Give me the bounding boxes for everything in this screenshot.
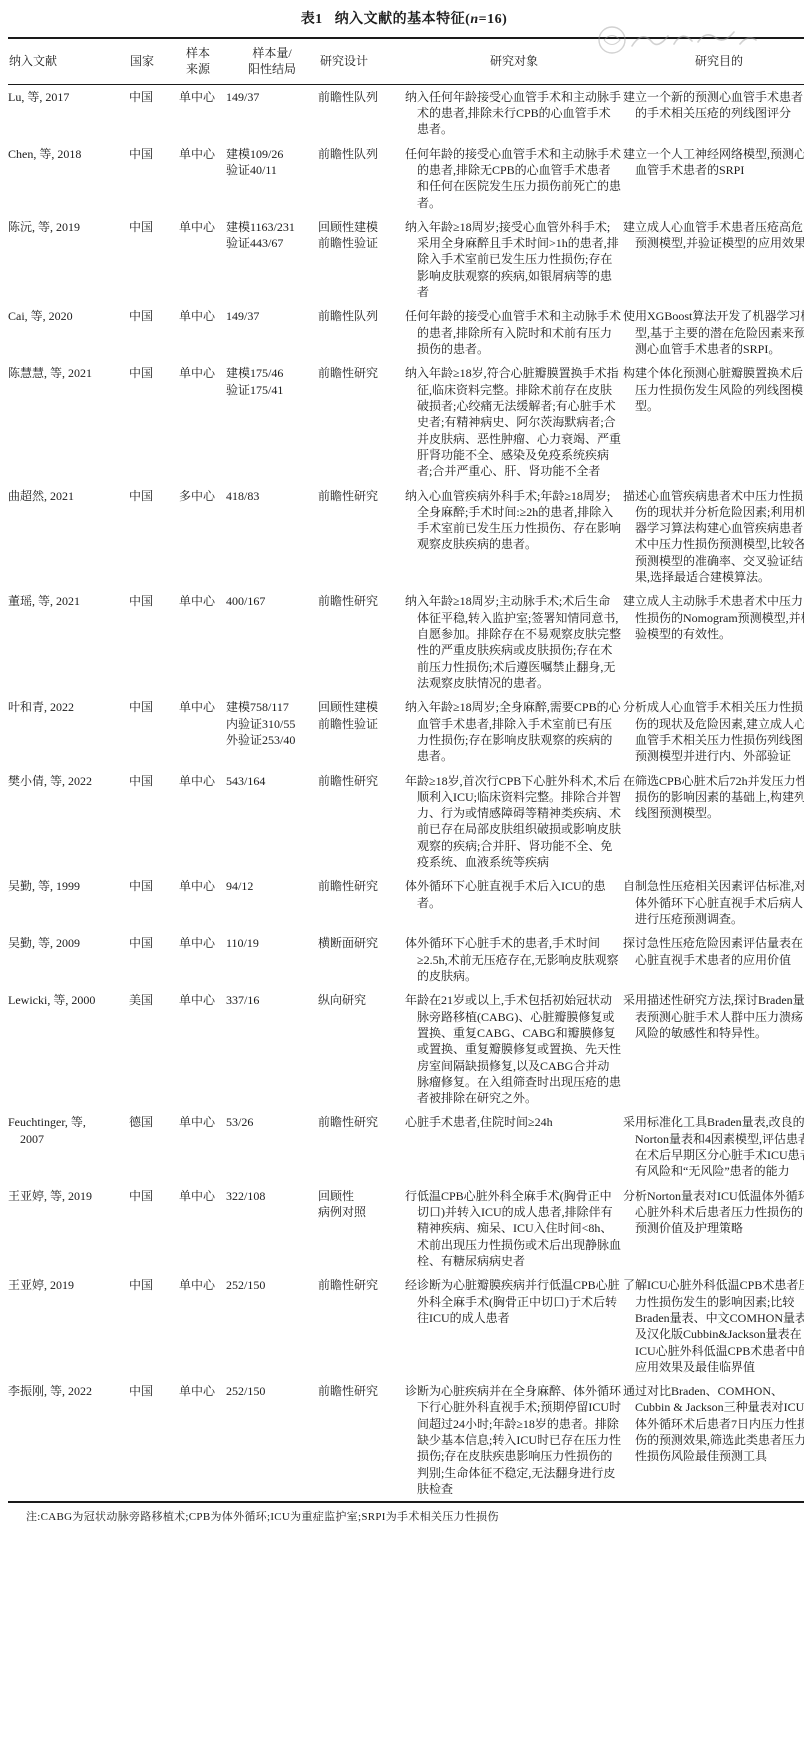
cell-sample-size: 252/150	[226, 1273, 318, 1379]
cell-study-design: 纵向研究	[318, 988, 405, 1110]
cell-study-purpose: 通过对比Braden、COMHON、Cubbin & Jackson三种量表对I…	[623, 1379, 804, 1502]
header-row: 纳入文献国家样本 来源样本量/ 阳性结局研究设计研究对象研究目的	[8, 38, 804, 84]
cell-study-design: 前瞻性研究	[318, 589, 405, 695]
table-row: 吴勤, 等, 2009中国单中心110/19横断面研究体外循环下心脏手术的患者,…	[8, 931, 804, 988]
cell-country: 中国	[114, 304, 170, 361]
cell-country: 中国	[114, 695, 170, 768]
cell-source: 多中心	[170, 484, 226, 590]
cell-source: 单中心	[170, 142, 226, 215]
cell-country: 中国	[114, 215, 170, 305]
cell-study-subjects: 年龄在21岁或以上,手术包括初始冠状动脉旁路移植(CABG)、心脏瓣膜修复或置换…	[405, 988, 623, 1110]
cell-country: 中国	[114, 589, 170, 695]
cell-study-design: 回顾性 病例对照	[318, 1184, 405, 1274]
cell-source: 单中心	[170, 361, 226, 483]
cell-study-purpose: 在筛选CPB心脏术后72h并发压力性损伤的影响因素的基础上,构建列线图预测模型。	[623, 769, 804, 875]
cell-country: 中国	[114, 142, 170, 215]
cell-study-subjects: 纳入年龄≥18周岁;全身麻醉,需要CPB的心血管手术患者,排除入手术室前已有压力…	[405, 695, 623, 768]
table-row: 陈慧慧, 等, 2021中国单中心建模175/46 验证175/41前瞻性研究纳…	[8, 361, 804, 483]
cell-source: 单中心	[170, 1379, 226, 1502]
paper-table-page: 表1纳入文献的基本特征(n=16) 纳入文献国家样本 来源样本量/ 阳性结局研究…	[0, 0, 804, 1752]
column-header-sample: 样本量/ 阳性结局	[226, 38, 318, 84]
table-row: 董瑶, 等, 2021中国单中心400/167前瞻性研究纳入年龄≥18周岁;主动…	[8, 589, 804, 695]
cell-country: 中国	[114, 361, 170, 483]
cell-study-subjects: 年龄≥18岁,首次行CPB下心脏外科术,术后顺利入ICU;临床资料完整。排除合并…	[405, 769, 623, 875]
cell-literature: 吴勤, 等, 1999	[8, 874, 114, 931]
cell-literature: 曲超然, 2021	[8, 484, 114, 590]
cell-literature: 樊小倩, 等, 2022	[8, 769, 114, 875]
table-row: 曲超然, 2021中国多中心418/83前瞻性研究纳入心血管疾病外科手术;年龄≥…	[8, 484, 804, 590]
cell-country: 中国	[114, 931, 170, 988]
cell-study-subjects: 纳入年龄≥18岁,符合心脏瓣膜置换手术指征,临床资料完整。排除术前存在皮肤破损者…	[405, 361, 623, 483]
cell-study-design: 前瞻性研究	[318, 1273, 405, 1379]
cell-sample-size: 建模175/46 验证175/41	[226, 361, 318, 483]
table-number: 表1	[301, 12, 323, 27]
column-header-source: 样本 来源	[170, 38, 226, 84]
cell-study-subjects: 体外循环下心脏手术的患者,手术时间≥2.5h,术前无压疮存在,无影响皮肤观察的皮…	[405, 931, 623, 988]
cell-literature: 王亚婷, 2019	[8, 1273, 114, 1379]
literature-characteristics-table: 纳入文献国家样本 来源样本量/ 阳性结局研究设计研究对象研究目的 Lu, 等, …	[8, 37, 804, 1503]
column-header-literature: 纳入文献	[8, 38, 114, 84]
table-title-text-pre: 纳入文献的基本特征(	[335, 12, 471, 27]
cell-study-subjects: 行低温CPB心脏外科全麻手术(胸骨正中切口)并转入ICU的成人患者,排除伴有精神…	[405, 1184, 623, 1274]
table-row: 李振刚, 等, 2022中国单中心252/150前瞻性研究诊断为心脏疾病并在全身…	[8, 1379, 804, 1502]
cell-country: 中国	[114, 1184, 170, 1274]
cell-study-design: 前瞻性队列	[318, 142, 405, 215]
cell-country: 德国	[114, 1110, 170, 1183]
cell-sample-size: 322/108	[226, 1184, 318, 1274]
cell-source: 单中心	[170, 695, 226, 768]
cell-literature: 董瑶, 等, 2021	[8, 589, 114, 695]
cell-study-design: 横断面研究	[318, 931, 405, 988]
table-footnote: 注:CABG为冠状动脉旁路移植术;CPB为体外循环;ICU为重症监护室;SRPI…	[8, 1508, 800, 1524]
cell-source: 单中心	[170, 589, 226, 695]
cell-study-design: 前瞻性研究	[318, 1110, 405, 1183]
table-row: Cai, 等, 2020中国单中心149/37前瞻性队列任何年龄的接受心血管手术…	[8, 304, 804, 361]
column-header-subjects: 研究对象	[405, 38, 623, 84]
table-row: 陈沅, 等, 2019中国单中心建模1163/231 验证443/67回顾性建模…	[8, 215, 804, 305]
cell-study-subjects: 经诊断为心脏瓣膜疾病并行低温CPB心脏外科全麻手术(胸骨正中切口)于术后转往IC…	[405, 1273, 623, 1379]
cell-country: 中国	[114, 84, 170, 141]
cell-study-design: 前瞻性研究	[318, 361, 405, 483]
cell-study-purpose: 建立成人心血管手术患者压疮高危预测模型,并验证模型的应用效果	[623, 215, 804, 305]
cell-literature: 吴勤, 等, 2009	[8, 931, 114, 988]
cell-source: 单中心	[170, 931, 226, 988]
cell-study-purpose: 构建个体化预测心脏瓣膜置换术后压力性损伤发生风险的列线图模型。	[623, 361, 804, 483]
cell-literature: Feuchtinger, 等, 2007	[8, 1110, 114, 1183]
column-header-country: 国家	[114, 38, 170, 84]
cell-study-design: 回顾性建模 前瞻性验证	[318, 215, 405, 305]
cell-source: 单中心	[170, 988, 226, 1110]
table-row: 叶和青, 2022中国单中心建模758/117 内验证310/55 外验证253…	[8, 695, 804, 768]
cell-sample-size: 149/37	[226, 304, 318, 361]
cell-study-purpose: 自制急性压疮相关因素评估标准,对体外循环下心脏直视手术后病人进行压疮预测调查。	[623, 874, 804, 931]
cell-sample-size: 53/26	[226, 1110, 318, 1183]
cell-literature: Lewicki, 等, 2000	[8, 988, 114, 1110]
cell-sample-size: 建模109/26 验证40/11	[226, 142, 318, 215]
cell-study-subjects: 纳入任何年龄接受心血管手术和主动脉手术的患者,排除未行CPB的心血管手术患者。	[405, 84, 623, 141]
table-row: Chen, 等, 2018中国单中心建模109/26 验证40/11前瞻性队列任…	[8, 142, 804, 215]
cell-study-subjects: 纳入年龄≥18周岁;接受心血管外科手术;采用全身麻醉且手术时间>1h的患者,排除…	[405, 215, 623, 305]
cell-sample-size: 400/167	[226, 589, 318, 695]
cell-country: 中国	[114, 1379, 170, 1502]
cell-study-design: 前瞻性队列	[318, 304, 405, 361]
cell-study-purpose: 建立一个新的预测心血管手术患者的手术相关压疮的列线图评分	[623, 84, 804, 141]
table-header: 纳入文献国家样本 来源样本量/ 阳性结局研究设计研究对象研究目的	[8, 38, 804, 84]
cell-study-purpose: 采用描述性研究方法,探讨Braden量表预测心脏手术人群中压力溃疡风险的敏感性和…	[623, 988, 804, 1110]
cell-sample-size: 543/164	[226, 769, 318, 875]
cell-sample-size: 94/12	[226, 874, 318, 931]
cell-sample-size: 建模758/117 内验证310/55 外验证253/40	[226, 695, 318, 768]
cell-source: 单中心	[170, 84, 226, 141]
cell-study-purpose: 建立一个人工神经网络模型,预测心血管手术患者的SRPI	[623, 142, 804, 215]
cell-study-purpose: 建立成人主动脉手术患者术中压力性损伤的Nomogram预测模型,并检验模型的有效…	[623, 589, 804, 695]
table-title-text-post: =16)	[479, 12, 508, 27]
cell-literature: 叶和青, 2022	[8, 695, 114, 768]
cell-study-design: 前瞻性队列	[318, 84, 405, 141]
cell-study-design: 前瞻性研究	[318, 769, 405, 875]
cell-country: 中国	[114, 484, 170, 590]
cell-source: 单中心	[170, 874, 226, 931]
cell-sample-size: 149/37	[226, 84, 318, 141]
column-header-design: 研究设计	[318, 38, 405, 84]
cell-study-subjects: 诊断为心脏疾病并在全身麻醉、体外循环下行心脏外科直视手术;预期停留ICU时间超过…	[405, 1379, 623, 1502]
cell-study-subjects: 体外循环下心脏直视手术后入ICU的患者。	[405, 874, 623, 931]
table-title-n: n	[470, 12, 478, 27]
table-title: 表1纳入文献的基本特征(n=16)	[8, 8, 800, 28]
table-row: 樊小倩, 等, 2022中国单中心543/164前瞻性研究年龄≥18岁,首次行C…	[8, 769, 804, 875]
cell-sample-size: 110/19	[226, 931, 318, 988]
cell-study-subjects: 任何年龄的接受心血管手术和主动脉手术的患者,排除所有入院时和术前有压力损伤的患者…	[405, 304, 623, 361]
cell-study-purpose: 采用标准化工具Braden量表,改良的Norton量表和4因素模型,评估患者在术…	[623, 1110, 804, 1183]
cell-country: 美国	[114, 988, 170, 1110]
cell-country: 中国	[114, 874, 170, 931]
cell-source: 单中心	[170, 215, 226, 305]
cell-study-design: 回顾性建模 前瞻性验证	[318, 695, 405, 768]
table-row: Feuchtinger, 等, 2007德国单中心53/26前瞻性研究心脏手术患…	[8, 1110, 804, 1183]
table-row: 王亚婷, 等, 2019中国单中心322/108回顾性 病例对照行低温CPB心脏…	[8, 1184, 804, 1274]
cell-source: 单中心	[170, 1273, 226, 1379]
cell-study-design: 前瞻性研究	[318, 484, 405, 590]
cell-study-design: 前瞻性研究	[318, 874, 405, 931]
cell-sample-size: 337/16	[226, 988, 318, 1110]
cell-study-subjects: 纳入年龄≥18周岁;主动脉手术;术后生命体征平稳,转入监护室;签署知情同意书,自…	[405, 589, 623, 695]
cell-study-purpose: 分析成人心血管手术相关压力性损伤的现状及危险因素,建立成人心血管手术相关压力性损…	[623, 695, 804, 768]
cell-country: 中国	[114, 1273, 170, 1379]
cell-study-purpose: 使用XGBoost算法开发了机器学习模型,基于主要的潜在危险因素来预测心血管手术…	[623, 304, 804, 361]
cell-study-subjects: 心脏手术患者,住院时间≥24h	[405, 1110, 623, 1183]
cell-country: 中国	[114, 769, 170, 875]
cell-literature: Lu, 等, 2017	[8, 84, 114, 141]
table-row: 吴勤, 等, 1999中国单中心94/12前瞻性研究体外循环下心脏直视手术后入I…	[8, 874, 804, 931]
cell-study-purpose: 探讨急性压疮危险因素评估量表在心脏直视手术患者的应用价值	[623, 931, 804, 988]
cell-study-purpose: 描述心血管疾病患者术中压力性损伤的现状并分析危险因素;利用机器学习算法构建心血管…	[623, 484, 804, 590]
cell-source: 单中心	[170, 304, 226, 361]
cell-sample-size: 418/83	[226, 484, 318, 590]
cell-source: 单中心	[170, 769, 226, 875]
table-body: Lu, 等, 2017中国单中心149/37前瞻性队列纳入任何年龄接受心血管手术…	[8, 84, 804, 1502]
cell-literature: 陈沅, 等, 2019	[8, 215, 114, 305]
cell-sample-size: 252/150	[226, 1379, 318, 1502]
column-header-purpose: 研究目的	[623, 38, 804, 84]
cell-literature: 李振刚, 等, 2022	[8, 1379, 114, 1502]
cell-study-subjects: 纳入心血管疾病外科手术;年龄≥18周岁;全身麻醉;手术时间:≥2h的患者,排除入…	[405, 484, 623, 590]
cell-source: 单中心	[170, 1110, 226, 1183]
cell-study-purpose: 了解ICU心脏外科低温CPB术患者压力性损伤发生的影响因素;比较Braden量表…	[623, 1273, 804, 1379]
cell-study-purpose: 分析Norton量表对ICU低温体外循环心脏外科术后患者压力性损伤的预测价值及护…	[623, 1184, 804, 1274]
cell-literature: Cai, 等, 2020	[8, 304, 114, 361]
cell-sample-size: 建模1163/231 验证443/67	[226, 215, 318, 305]
table-row: Lewicki, 等, 2000美国单中心337/16纵向研究年龄在21岁或以上…	[8, 988, 804, 1110]
cell-literature: Chen, 等, 2018	[8, 142, 114, 215]
cell-literature: 王亚婷, 等, 2019	[8, 1184, 114, 1274]
cell-source: 单中心	[170, 1184, 226, 1274]
cell-study-subjects: 任何年龄的接受心血管手术和主动脉手术的患者,排除无CPB的心血管手术患者和任何在…	[405, 142, 623, 215]
cell-study-design: 前瞻性研究	[318, 1379, 405, 1502]
cell-literature: 陈慧慧, 等, 2021	[8, 361, 114, 483]
table-row: 王亚婷, 2019中国单中心252/150前瞻性研究经诊断为心脏瓣膜疾病并行低温…	[8, 1273, 804, 1379]
table-row: Lu, 等, 2017中国单中心149/37前瞻性队列纳入任何年龄接受心血管手术…	[8, 84, 804, 141]
